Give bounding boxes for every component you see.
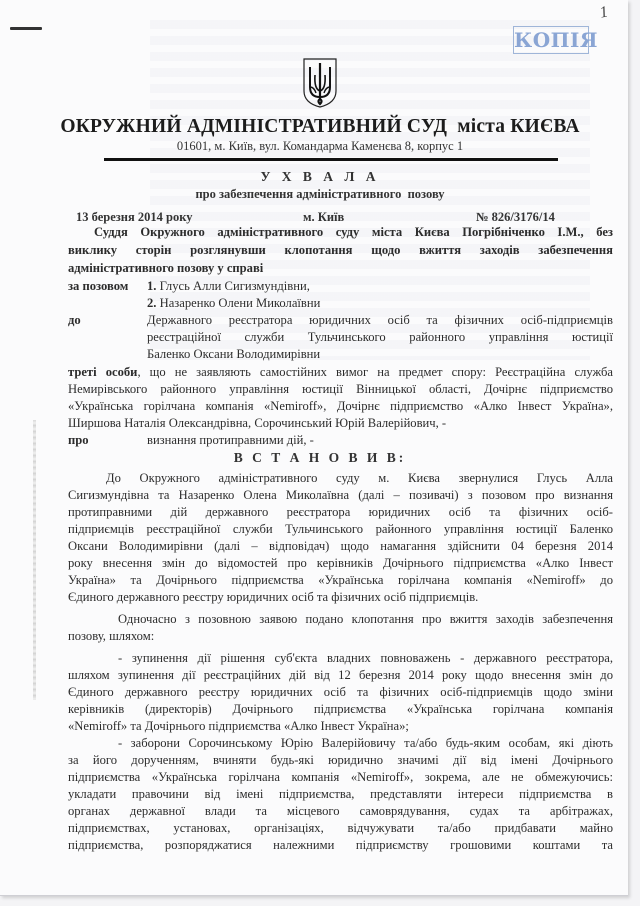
court-name: ОКРУЖНИЙ АДМІНІСТРАТИВНИЙ СУД міста КИЄВ…: [0, 116, 640, 138]
third-parties-line: Ширшова Наталія Олександрівна, Сорочинсь…: [68, 415, 446, 432]
paragraph-line: керівників (директорів) Дочірнього підпр…: [68, 701, 613, 718]
plaintiffs-label: за позовом: [68, 278, 128, 295]
paragraph-line: протиправними дій державного реєстратора…: [68, 504, 613, 521]
subject-label: про: [68, 432, 89, 449]
document-date: 13 березня 2014 року: [76, 210, 192, 225]
paragraph-line: підприємства «Українська горілчана компа…: [68, 769, 613, 786]
paragraph-line: підприємства, розпоряджатися належними п…: [68, 837, 613, 854]
third-parties-line: треті особи, що не заявляють самостійних…: [68, 364, 613, 381]
defendant-label: до: [68, 312, 81, 329]
defendant-line: Державного реєстратора юридичних осіб та…: [147, 312, 613, 329]
court-address: 01601, м. Київ, вул. Командарма Каменєва…: [0, 139, 640, 154]
header-divider: [104, 158, 558, 161]
paragraph-line: укладати правочини від імені підприємств…: [68, 786, 613, 803]
paragraph-line: шляхом зупинення дії реєстраційних дій в…: [68, 667, 613, 684]
intro-line: адміністративного позову у справі: [68, 260, 263, 277]
case-number: № 826/3176/14: [476, 210, 555, 225]
paragraph-line: підприємців реєстраційної служби Тульчин…: [68, 521, 613, 538]
document-page: 1 КОПІЯ ОКРУЖНИЙ АДМІНІСТРАТИВНИЙ СУД мі…: [0, 0, 628, 896]
paragraph-line: Єдиного державного реєстру юридичних осі…: [68, 684, 613, 701]
plaintiff-2: 2. Назаренко Олени Миколаївни: [147, 295, 320, 312]
paragraph-line: Сигизмундівна та Назаренко Олена Миколаї…: [68, 487, 613, 504]
intro-line: виклику сторін розглянувши клопотання що…: [68, 242, 613, 259]
third-parties-line: Немирівського районного управління юстиц…: [68, 381, 613, 398]
paragraph-line: органах державної влади та місцевого сам…: [68, 803, 613, 820]
subject: визнання протиправними дій, -: [147, 432, 314, 449]
paragraph-line: До Окружного адміністративного суду м. К…: [106, 470, 613, 487]
handwritten-page-number: 1: [598, 3, 610, 22]
trident-coat-of-arms-icon: [302, 57, 338, 109]
handwritten-dash-mark: [10, 27, 42, 30]
intro-line: Суддя Окружного адміністративного суду м…: [94, 224, 613, 241]
paragraph-line: Оксани Володимирівни (далі – відповідач)…: [68, 538, 613, 555]
paragraph-line: Україна» та Дочірнього підприємства «Укр…: [68, 572, 613, 589]
paragraph-line: «Nemiroff» та Дочірнього підприємства «А…: [68, 718, 409, 735]
plaintiff-1: 1. Глусь Алли Сигизмундівни,: [147, 278, 310, 295]
paragraph-line: за його дорученням, вчиняти будь-які юри…: [68, 752, 613, 769]
defendant-line: Баленко Оксани Володимирівни: [147, 346, 320, 363]
document-type: У Х В А Л А: [0, 169, 640, 185]
paragraph-line: Одночасно з позовною заявою подано клопо…: [118, 611, 613, 628]
section-heading: В С Т А Н О В И В:: [0, 450, 640, 466]
paragraph-line: підприємствах, установах, організаціях, …: [68, 820, 613, 837]
copy-stamp: КОПІЯ: [513, 26, 589, 54]
paragraph-line: Єдиного державного реєстру юридичних осі…: [68, 589, 478, 606]
paragraph-line: року внесення змін до відомостей про кер…: [68, 555, 613, 572]
defendant-line: реєстраційної служби Тульчинського район…: [147, 329, 613, 346]
paragraph-line: позову, шляхом:: [68, 628, 154, 645]
document-subtitle: про забезпечення адміністративного позов…: [0, 187, 640, 202]
paragraph-line: - заборони Сорочинському Юрію Валерійови…: [118, 735, 613, 752]
third-parties-line: «Українська горілчана компанія «Nemiroff…: [68, 398, 613, 415]
document-city: м. Київ: [303, 210, 344, 225]
paragraph-line: - зупинення дії рішення суб'єкта владних…: [118, 650, 613, 667]
